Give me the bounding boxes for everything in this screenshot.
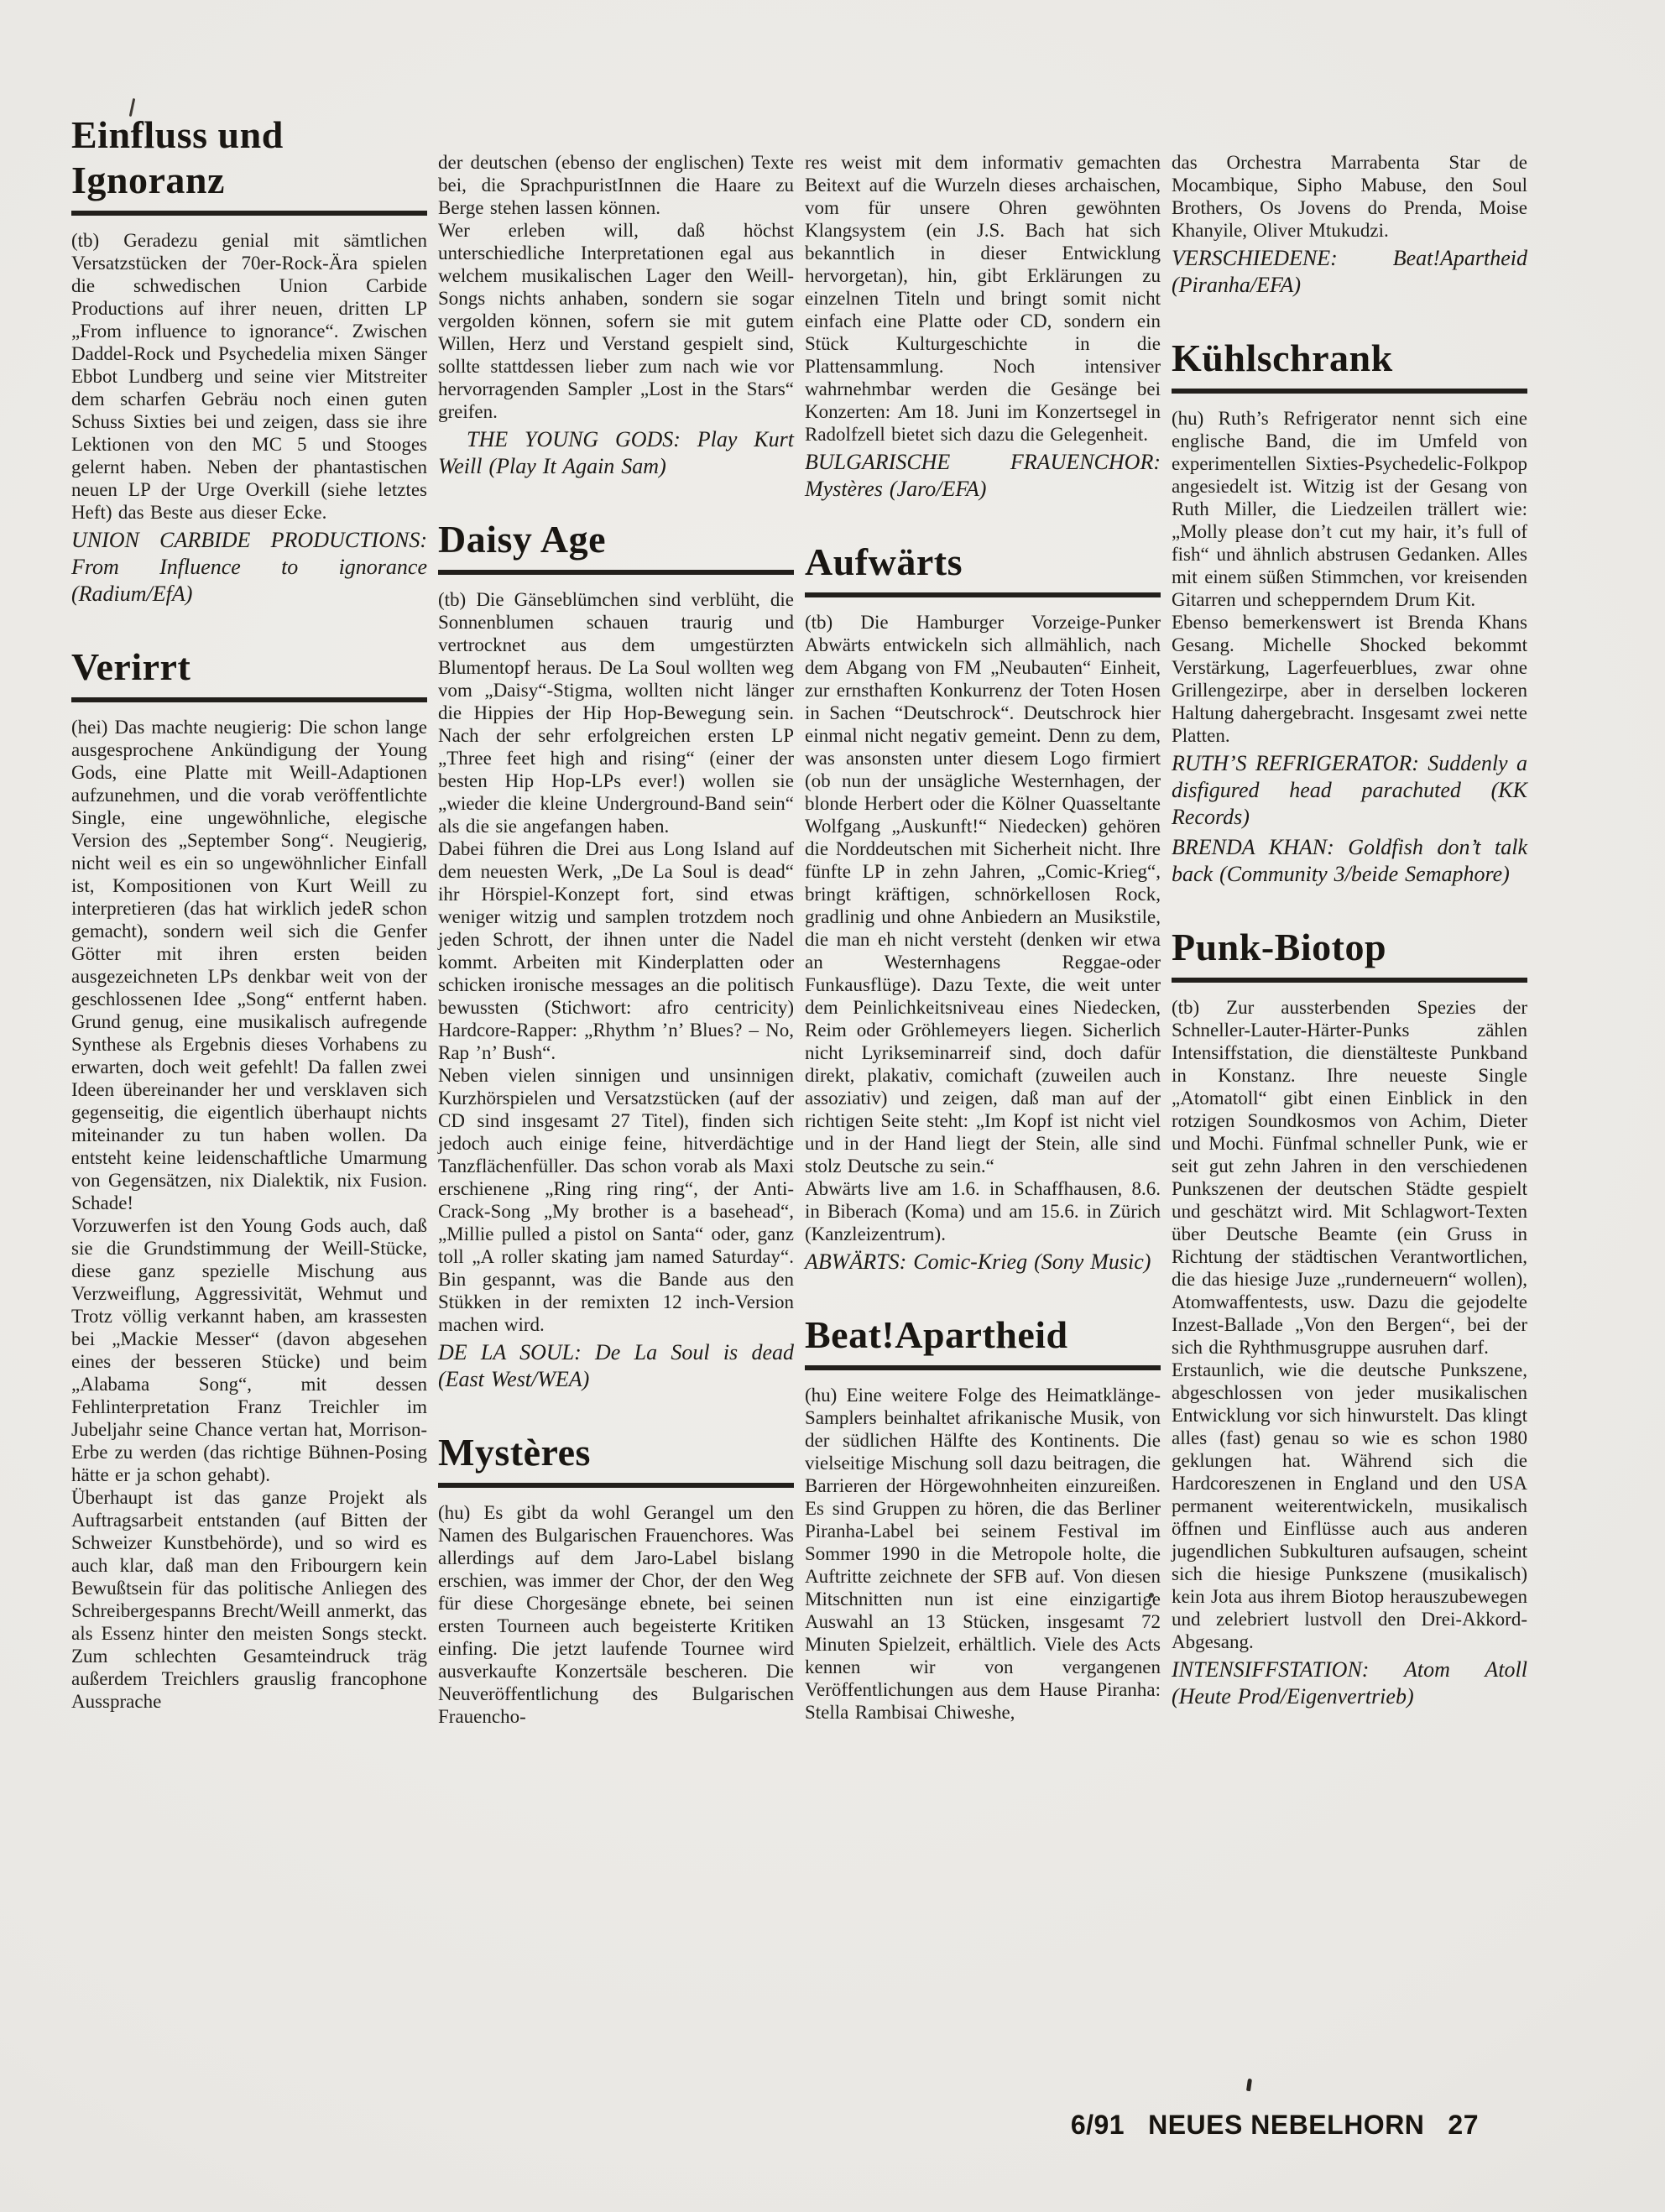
review-heading: Aufwärts [805, 540, 1161, 597]
magazine-page: Einfluss und Ignoranz(tb) Geradezu genia… [0, 0, 1665, 2212]
column-1: Einfluss und Ignoranz(tb) Geradezu genia… [71, 112, 427, 1713]
review-paragraph: (hu) Ruth’s Refrigerator nennt sich eine… [1172, 407, 1527, 611]
album-credit: BRENDA KHAN: Goldfish don’t talk back (C… [1172, 834, 1527, 888]
issue-number: 6/91 [1071, 2110, 1125, 2141]
review-heading: Kühlschrank [1172, 336, 1527, 394]
review-paragraph: (tb) Die Hamburger Vorzeige-Punker Abwär… [805, 611, 1161, 1177]
album-credit: ABWÄRTS: Comic-Krieg (Sony Music) [805, 1249, 1161, 1276]
review-paragraph: das Orchestra Marrabenta Star de Mocambi… [1172, 151, 1527, 242]
album-credit: BULGARISCHE FRAUENCHOR: Mystères (Jaro/E… [805, 449, 1161, 503]
column-2: der deutschen (ebenso der englischen) Te… [438, 112, 794, 1728]
review-paragraph: Vorzuwerfen ist den Young Gods auch, daß… [71, 1214, 427, 1486]
album-credit: DE LA SOUL: De La Soul is dead (East Wes… [438, 1339, 794, 1393]
album-credit: THE YOUNG GODS: Play Kurt Weill (Play It… [438, 426, 794, 480]
review-paragraph: Überhaupt ist das ganze Projekt als Auft… [71, 1486, 427, 1713]
review-paragraph: der deutschen (ebenso der englischen) Te… [438, 151, 794, 219]
review-paragraph: Erstaunlich, wie die deutsche Punkszene,… [1172, 1359, 1527, 1653]
scan-artifact-apostrophe [1246, 2079, 1252, 2092]
review-paragraph: (hei) Das machte neugierig: Die schon la… [71, 716, 427, 1214]
review-paragraph: Wer erleben will, daß höchst unterschied… [438, 219, 794, 423]
column-3: res weist mit dem informativ gemachten B… [805, 112, 1161, 1724]
review-heading: Einfluss und Ignoranz [71, 112, 427, 216]
review-paragraph: (tb) Die Gänseblümchen sind verblüht, di… [438, 588, 794, 837]
review-paragraph: Ebenso bemerkenswert ist Brenda Khans Ge… [1172, 611, 1527, 747]
review-paragraph: (tb) Zur aussterbenden Spezies der Schne… [1172, 996, 1527, 1359]
review-paragraph: Dabei führen die Drei aus Long Island au… [438, 837, 794, 1064]
review-paragraph: Abwärts live am 1.6. in Schaffhausen, 8.… [805, 1177, 1161, 1245]
album-credit: INTENSIFFSTATION: Atom Atoll (Heute Prod… [1172, 1656, 1527, 1710]
review-paragraph: (hu) Eine weitere Folge des Heimatklänge… [805, 1384, 1161, 1724]
album-credit: UNION CARBIDE PRODUCTIONS: From Influenc… [71, 527, 427, 608]
album-credit: RUTH’S REFRIGERATOR: Suddenly a disfigur… [1172, 750, 1527, 831]
column-4: das Orchestra Marrabenta Star de Mocambi… [1172, 112, 1527, 1710]
review-paragraph: res weist mit dem informativ gemachten B… [805, 151, 1161, 446]
review-heading: Daisy Age [438, 517, 794, 575]
page-number: 27 [1448, 2110, 1479, 2141]
album-credit: VERSCHIEDENE: Beat!Apartheid (Piranha/EF… [1172, 245, 1527, 299]
review-heading: Punk-Biotop [1172, 925, 1527, 983]
magazine-title: NEUES NEBELHORN [1148, 2110, 1424, 2141]
page-footer: 6/91 NEUES NEBELHORN 27 [1071, 2110, 1479, 2141]
review-heading: Verirrt [71, 644, 427, 702]
review-paragraph: (hu) Es gibt da wohl Gerangel um den Nam… [438, 1501, 794, 1728]
review-paragraph: (tb) Geradezu genial mit sämtlichen Vers… [71, 229, 427, 524]
review-columns: Einfluss und Ignoranz(tb) Geradezu genia… [71, 112, 1537, 1728]
review-heading: Beat!Apartheid [805, 1312, 1161, 1370]
review-paragraph: Neben vielen sinnigen und unsinnigen Kur… [438, 1064, 794, 1336]
review-heading: Mystères [438, 1430, 794, 1488]
